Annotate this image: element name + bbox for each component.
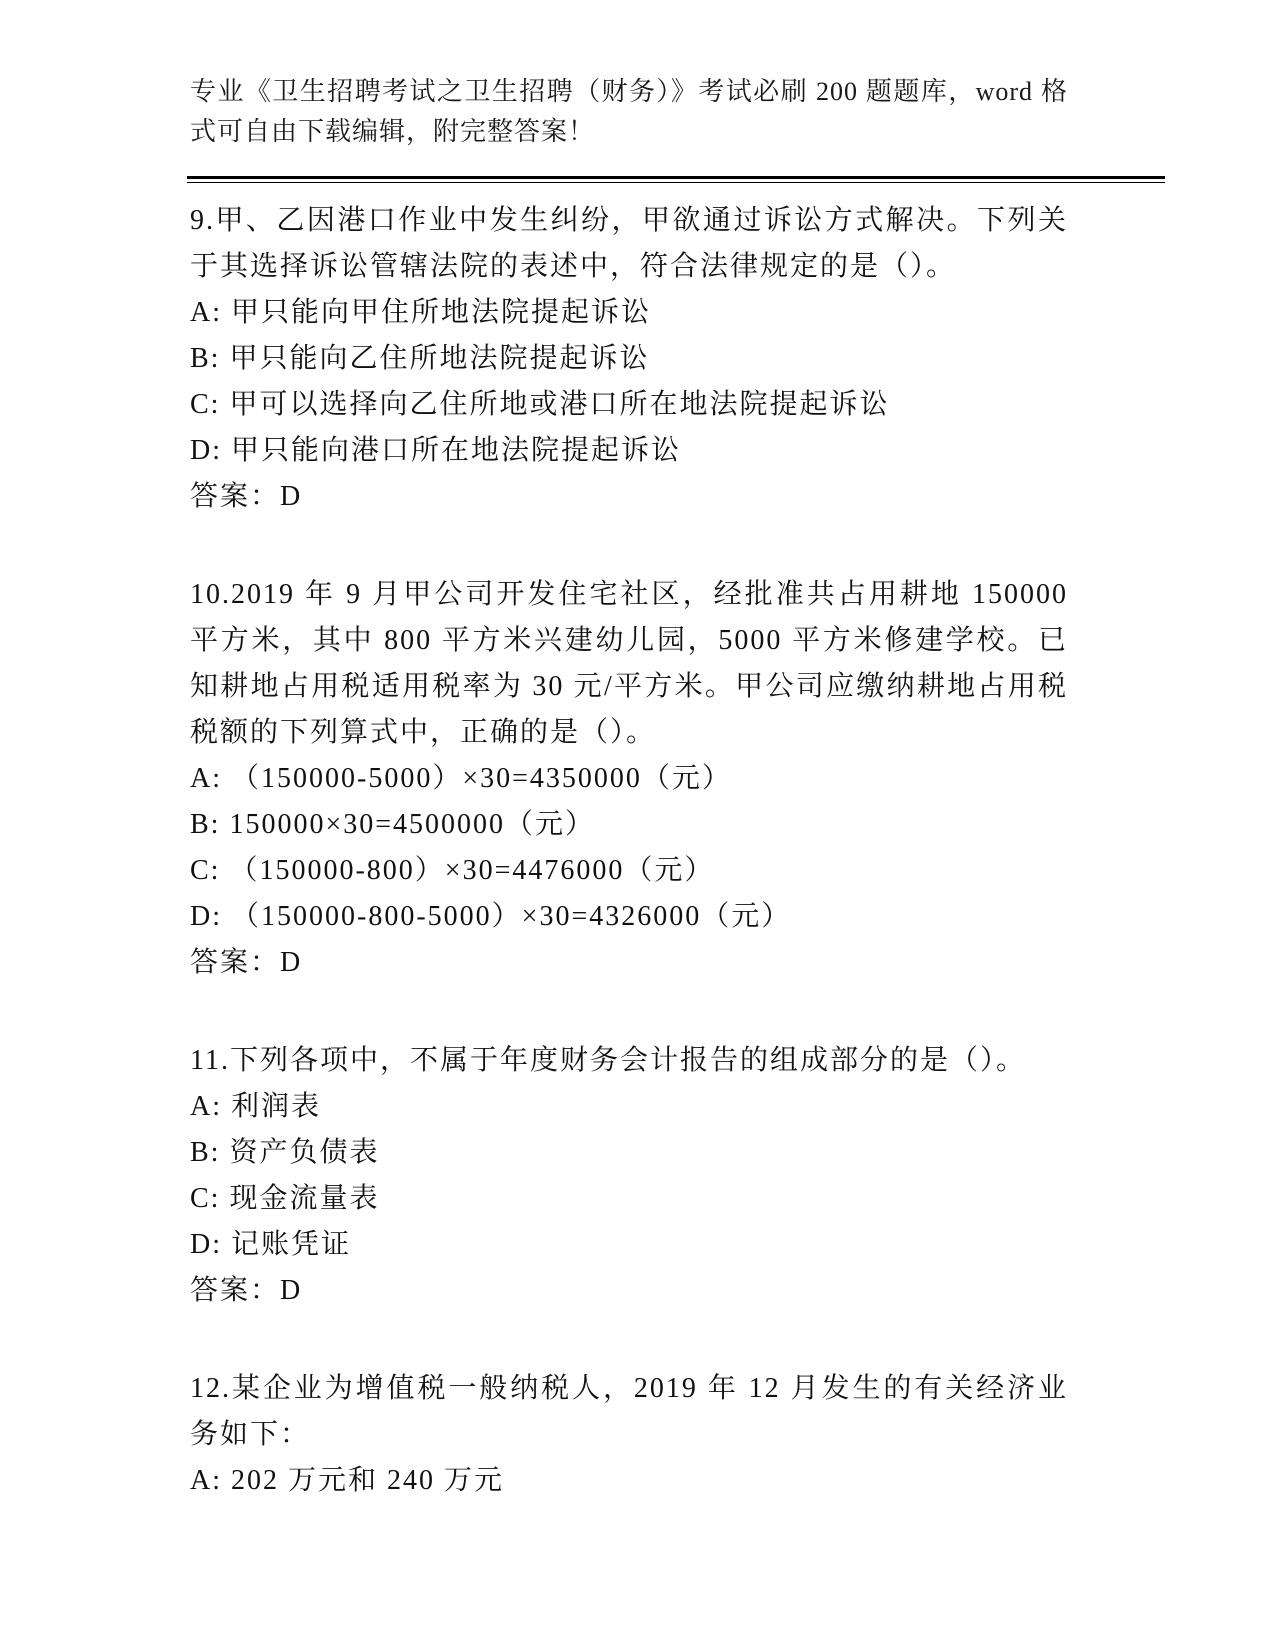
question-10: 10.2019 年 9 月甲公司开发住宅社区，经批准共占用耕地 150000 平… [190,572,1068,986]
question-list: 9.甲、乙因港口作业中发生纠纷，甲欲通过诉讼方式解决。下列关于其选择诉讼管辖法院… [190,198,1068,1504]
answer-line: 答案：D [190,474,1068,520]
question-text: 12.某企业为增值税一般纳税人，2019 年 12 月发生的有关经济业务如下： [190,1366,1068,1458]
option-a: A: 甲只能向甲住所地法院提起诉讼 [190,290,1068,336]
header-rule [187,176,1165,183]
option-b: B: 资产负债表 [190,1130,1068,1176]
option-c: C: （150000-800）×30=4476000（元） [190,848,1068,894]
option-a: A: 202 万元和 240 万元 [190,1458,1068,1504]
option-c: C: 甲可以选择向乙住所地或港口所在地法院提起诉讼 [190,382,1068,428]
option-c: C: 现金流量表 [190,1176,1068,1222]
question-text: 10.2019 年 9 月甲公司开发住宅社区，经批准共占用耕地 150000 平… [190,572,1068,756]
option-a: A: （150000-5000）×30=4350000（元） [190,756,1068,802]
answer-line: 答案：D [190,940,1068,986]
option-b: B: 甲只能向乙住所地法院提起诉讼 [190,336,1068,382]
option-b: B: 150000×30=4500000（元） [190,802,1068,848]
question-9: 9.甲、乙因港口作业中发生纠纷，甲欲通过诉讼方式解决。下列关于其选择诉讼管辖法院… [190,198,1068,520]
question-11: 11.下列各项中，不属于年度财务会计报告的组成部分的是（）。 A: 利润表 B:… [190,1038,1068,1314]
option-d: D: 记账凭证 [190,1222,1068,1268]
question-12: 12.某企业为增值税一般纳税人，2019 年 12 月发生的有关经济业务如下： … [190,1366,1068,1504]
question-text: 11.下列各项中，不属于年度财务会计报告的组成部分的是（）。 [190,1038,1068,1084]
answer-line: 答案：D [190,1268,1068,1314]
document-header-text: 专业《卫生招聘考试之卫生招聘（财务）》考试必刷 200 题题库，word 格式可… [190,72,1068,152]
document-page: 专业《卫生招聘考试之卫生招聘（财务）》考试必刷 200 题题库，word 格式可… [0,0,1275,1650]
option-d: D: 甲只能向港口所在地法院提起诉讼 [190,428,1068,474]
option-d: D: （150000-800-5000）×30=4326000（元） [190,894,1068,940]
question-text: 9.甲、乙因港口作业中发生纠纷，甲欲通过诉讼方式解决。下列关于其选择诉讼管辖法院… [190,198,1068,290]
option-a: A: 利润表 [190,1084,1068,1130]
page-content: 专业《卫生招聘考试之卫生招聘（财务）》考试必刷 200 题题库，word 格式可… [0,0,1275,1504]
